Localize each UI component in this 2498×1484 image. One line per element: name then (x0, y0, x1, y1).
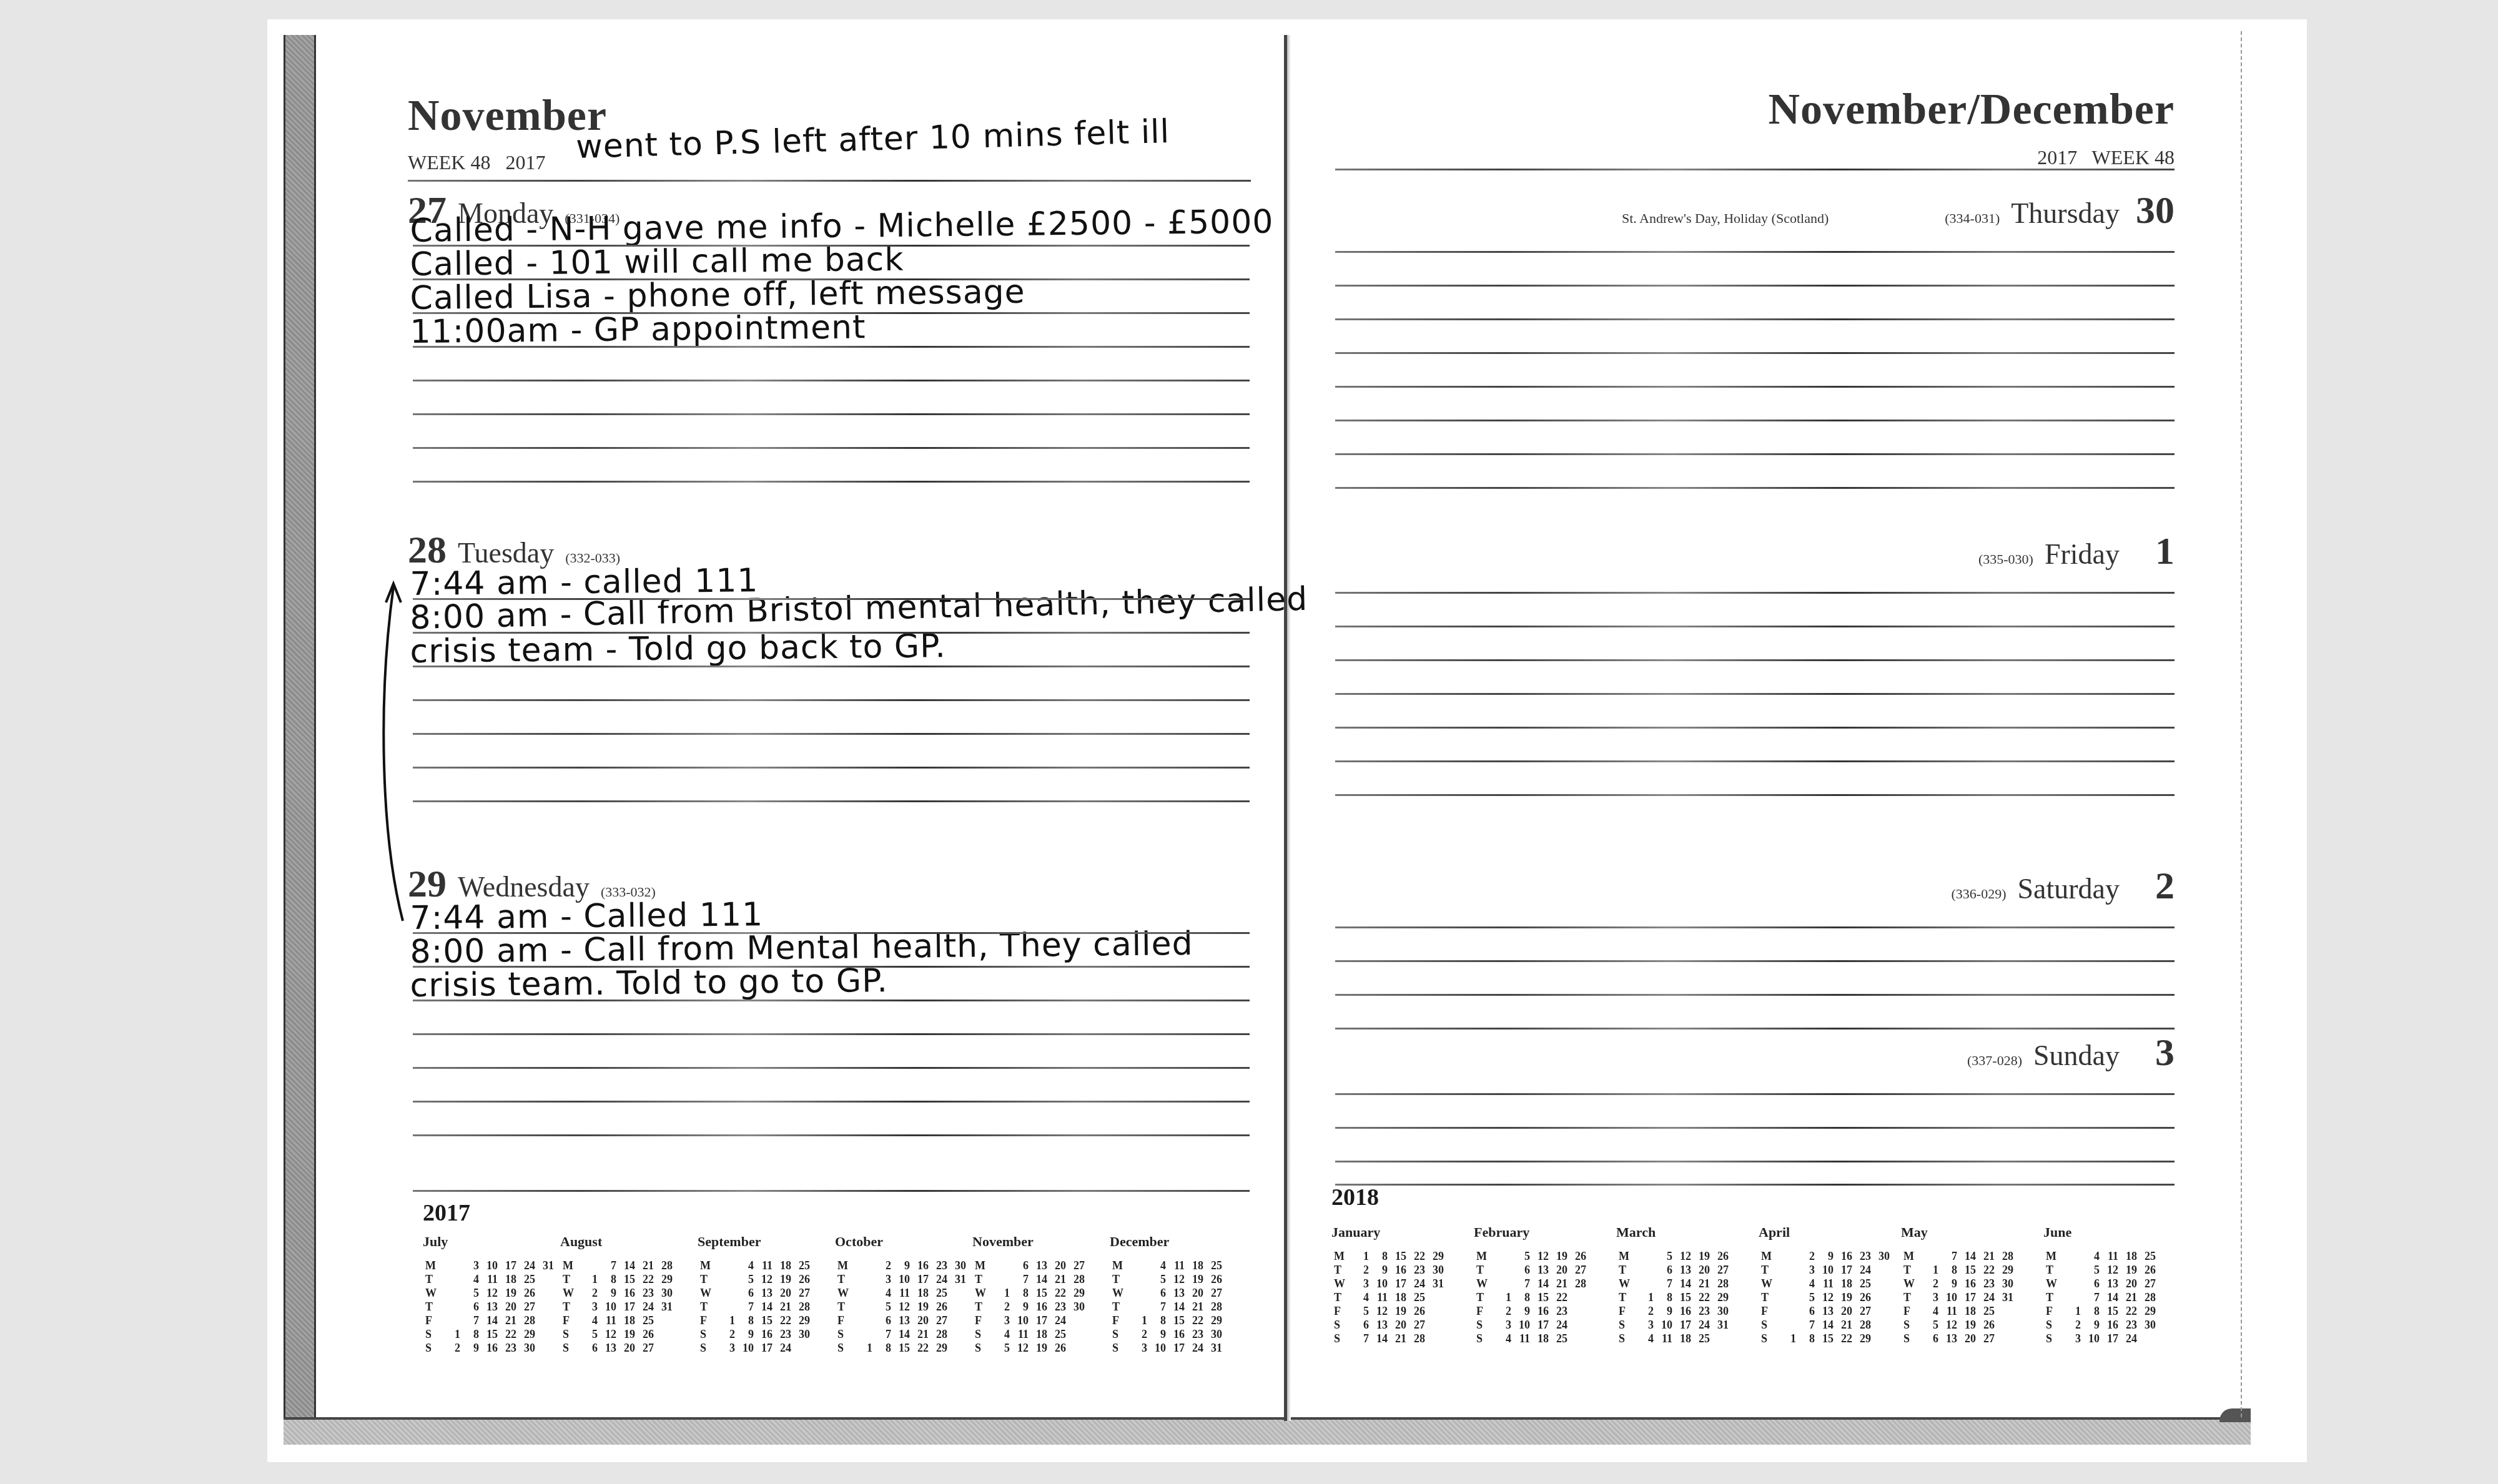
calendar-date: 10 (1941, 1290, 1960, 1304)
holiday-note: St. Andrew's Day, Holiday (Scotland) (1622, 210, 1829, 227)
calendar-grid: M6132027T7142128W18152229T29162330F31017… (972, 1259, 1087, 1355)
calendar-date (856, 1314, 875, 1327)
calendar-date: 18 (1533, 1332, 1551, 1345)
weekday-letter: F (1474, 1304, 1495, 1318)
ruled-line (413, 346, 1250, 348)
ruled-line (1335, 318, 2175, 320)
calendar-date: 29 (1069, 1286, 1087, 1300)
calendar-date: 24 (1409, 1277, 1428, 1290)
calendar-date: 29 (1712, 1290, 1731, 1304)
calendar-date: 1 (1131, 1314, 1150, 1327)
calendar-date (1069, 1341, 1087, 1355)
calendar-date (1874, 1290, 1892, 1304)
calendar-date: 13 (1817, 1304, 1836, 1318)
weekday-letter: S (423, 1341, 444, 1355)
ruled-line (413, 447, 1250, 449)
calendar-date (538, 1272, 556, 1286)
calendar-date: 27 (1855, 1304, 1874, 1318)
calendar-date: 22 (775, 1314, 794, 1327)
calendar-date: 19 (1031, 1341, 1050, 1355)
calendar-date: 14 (1371, 1332, 1390, 1345)
calendar-date: 9 (1371, 1263, 1390, 1277)
calendar-month-name: February (1474, 1224, 1589, 1241)
calendar-date: 17 (1168, 1341, 1187, 1355)
calendar-date: 7 (1514, 1277, 1533, 1290)
calendar-date (856, 1259, 875, 1272)
calendar-date: 15 (619, 1272, 638, 1286)
calendar-date (1069, 1327, 1087, 1341)
calendar-date: 17 (1675, 1318, 1694, 1332)
calendar-date: 9 (1012, 1300, 1031, 1314)
ruled-line (413, 1134, 1250, 1136)
ruled-line (1335, 453, 2175, 455)
calendar-date: 12 (2102, 1263, 2121, 1277)
calendar-date: 22 (500, 1327, 519, 1341)
calendar-date (538, 1286, 556, 1300)
weekday-letter: S (1474, 1318, 1495, 1332)
weekday-letter: T (560, 1272, 581, 1286)
calendar-date: 15 (2102, 1304, 2121, 1318)
calendar-date: 19 (1960, 1318, 1978, 1332)
ruled-line (1335, 1127, 2175, 1129)
right-page: November/December 2017 WEEK 48 St. Andre… (1335, 35, 2175, 1408)
calendar-date: 4 (463, 1272, 481, 1286)
mini-calendar-month: OctoberM29162330T310172431W4111825T51219… (835, 1234, 969, 1355)
calendar-date: 17 (1031, 1314, 1050, 1327)
ruled-line (1335, 352, 2175, 354)
calendar-date: 28 (519, 1314, 538, 1327)
calendar-date: 4 (1353, 1290, 1371, 1304)
calendar-date: 3 (1922, 1290, 1941, 1304)
day-number: 1 (2131, 529, 2175, 574)
calendar-date: 9 (894, 1259, 912, 1272)
weekday-letter: W (1110, 1286, 1131, 1300)
calendar-date: 12 (1941, 1318, 1960, 1332)
calendar-date (950, 1300, 969, 1314)
weekday-letter: T (1331, 1290, 1353, 1304)
calendar-date: 2 (2065, 1318, 2083, 1332)
calendar-date: 9 (600, 1286, 619, 1300)
weekday-letter: T (1110, 1300, 1131, 1314)
calendar-date: 20 (2121, 1277, 2140, 1290)
handwritten-entry: crisis team - Told go back to GP. (410, 627, 946, 671)
weekday-letter: T (423, 1300, 444, 1314)
calendar-date: 5 (994, 1341, 1012, 1355)
calendar-date (1131, 1272, 1150, 1286)
calendar-date: 25 (1855, 1277, 1874, 1290)
calendar-date: 2 (1922, 1277, 1941, 1290)
calendar-date: 2 (1495, 1304, 1514, 1318)
calendar-date: 12 (1168, 1272, 1187, 1286)
calendar-date: 8 (1799, 1332, 1817, 1345)
calendar-date: 23 (1551, 1304, 1570, 1318)
calendar-date: 17 (1533, 1318, 1551, 1332)
calendar-date (1570, 1318, 1589, 1332)
day-name: Sunday (2033, 1039, 2120, 1072)
weekday-letter: S (1901, 1318, 1922, 1332)
calendar-date: 8 (463, 1327, 481, 1341)
calendar-date: 4 (875, 1286, 894, 1300)
handwritten-entry: crisis team. Told to go to GP. (410, 962, 888, 1005)
calendar-date: 7 (1012, 1272, 1031, 1286)
calendar-date: 11 (1168, 1259, 1187, 1272)
calendar-date: 14 (2102, 1290, 2121, 1304)
calendar-date: 4 (2083, 1249, 2102, 1263)
calendar-date: 25 (931, 1286, 950, 1300)
weekday-letter: T (2043, 1290, 2065, 1304)
calendar-date: 23 (1694, 1304, 1712, 1318)
calendar-date: 10 (1371, 1277, 1390, 1290)
weekday-letter: T (560, 1300, 581, 1314)
calendar-date: 23 (1855, 1249, 1874, 1263)
calendar-date: 26 (931, 1300, 950, 1314)
ruled-line (1335, 251, 2175, 253)
ruled-line (413, 1033, 1250, 1035)
calendar-date (1131, 1259, 1150, 1272)
calendar-date: 27 (1978, 1332, 1997, 1345)
calendar-date: 25 (1694, 1332, 1712, 1345)
weekday-letter: M (1901, 1249, 1922, 1263)
mini-calendar-month: AprilM29162330T3101724W4111825T5121926F6… (1759, 1224, 1892, 1345)
calendar-date: 3 (463, 1259, 481, 1272)
calendar-date: 13 (894, 1314, 912, 1327)
calendar-date: 29 (1997, 1263, 2016, 1277)
calendar-date: 16 (1960, 1277, 1978, 1290)
calendar-date: 20 (1694, 1263, 1712, 1277)
calendar-date (1428, 1318, 1446, 1332)
calendar-date: 29 (1855, 1332, 1874, 1345)
calendar-date (719, 1272, 738, 1286)
calendar-date: 22 (1836, 1332, 1855, 1345)
weekday-letter: M (1331, 1249, 1353, 1263)
calendar-date: 23 (1187, 1327, 1206, 1341)
calendar-date: 16 (1168, 1327, 1187, 1341)
weekday-letter: T (698, 1272, 719, 1286)
weekday-letter: M (1616, 1249, 1637, 1263)
calendar-date: 8 (1150, 1314, 1168, 1327)
calendar-date: 16 (619, 1286, 638, 1300)
calendar-date: 13 (1371, 1318, 1390, 1332)
calendar-date (1428, 1332, 1446, 1345)
weekday-letter: T (1901, 1263, 1922, 1277)
weekday-letter: S (1110, 1327, 1131, 1341)
calendar-date: 26 (638, 1327, 656, 1341)
calendar-date: 2 (1131, 1327, 1150, 1341)
calendar-date: 30 (1712, 1304, 1731, 1318)
calendar-date: 26 (1206, 1272, 1225, 1286)
calendar-date (2140, 1332, 2158, 1345)
day-number: 30 (2131, 189, 2175, 233)
calendar-date: 18 (1675, 1332, 1694, 1345)
calendar-date: 16 (1390, 1263, 1409, 1277)
calendar-date: 5 (1150, 1272, 1168, 1286)
ruled-line (1335, 926, 2175, 928)
calendar-date: 19 (1694, 1249, 1712, 1263)
calendar-date (1131, 1300, 1150, 1314)
weekday-letter: M (2043, 1249, 2065, 1263)
weekday-letter: T (1110, 1272, 1131, 1286)
calendar-month-name: July (423, 1234, 556, 1250)
calendar-date (1069, 1314, 1087, 1327)
weekday-letter: M (835, 1259, 856, 1272)
ruled-line (1335, 1028, 2175, 1029)
weekday-letter: F (1110, 1314, 1131, 1327)
calendar-date: 28 (1855, 1318, 1874, 1332)
calendar-date: 11 (1817, 1277, 1836, 1290)
weekday-letter: S (560, 1327, 581, 1341)
calendar-grid: M7142128T18152229W29162330T310172431F411… (1901, 1249, 2016, 1345)
calendar-year-label: 2017 (423, 1199, 470, 1227)
calendar-date: 19 (775, 1272, 794, 1286)
calendar-date: 18 (1031, 1327, 1050, 1341)
weekday-letter: W (1331, 1277, 1353, 1290)
calendar-date: 16 (756, 1327, 775, 1341)
calendar-date: 18 (1390, 1290, 1409, 1304)
calendar-date (538, 1300, 556, 1314)
calendar-month-name: March (1616, 1224, 1731, 1241)
calendar-date (444, 1300, 463, 1314)
calendar-date: 31 (1997, 1290, 2016, 1304)
calendar-date: 13 (1533, 1263, 1551, 1277)
ruled-line (413, 245, 1250, 247)
calendar-month-name: April (1759, 1224, 1892, 1241)
calendar-date (1780, 1318, 1799, 1332)
calendar-date: 24 (2121, 1332, 2140, 1345)
calendar-date (856, 1272, 875, 1286)
calendar-date: 4 (1922, 1304, 1941, 1318)
calendar-date: 26 (1050, 1341, 1069, 1355)
calendar-month-name: December (1110, 1234, 1225, 1250)
calendar-date: 16 (1533, 1304, 1551, 1318)
calendar-date: 27 (638, 1341, 656, 1355)
ruled-line (413, 1000, 1250, 1001)
calendar-date: 19 (500, 1286, 519, 1300)
calendar-date: 10 (2083, 1332, 2102, 1345)
calendar-date: 29 (2140, 1304, 2158, 1318)
calendar-date (1997, 1304, 2016, 1318)
calendar-date (1428, 1304, 1446, 1318)
calendar-date: 11 (600, 1314, 619, 1327)
calendar-month-name: November (972, 1234, 1087, 1250)
calendar-date (1495, 1277, 1514, 1290)
calendar-date: 10 (481, 1259, 500, 1272)
calendar-date (2065, 1263, 2083, 1277)
ruled-line (413, 1190, 1250, 1192)
calendar-date: 12 (600, 1327, 619, 1341)
calendar-date: 20 (1960, 1332, 1978, 1345)
calendar-date: 20 (912, 1314, 931, 1327)
calendar-date: 14 (894, 1327, 912, 1341)
calendar-date (1874, 1263, 1892, 1277)
weekday-letter: S (835, 1327, 856, 1341)
ruled-line (413, 966, 1250, 968)
day-number: 2 (2131, 864, 2175, 908)
day-header: (336-029)Saturday2 (1952, 864, 2175, 908)
weekday-letter: W (560, 1286, 581, 1300)
calendar-date: 3 (1353, 1277, 1371, 1290)
left-page: November WEEK 48 2017 went to P.S left a… (408, 35, 1251, 1408)
calendar-month-name: October (835, 1234, 969, 1250)
year-week-label: 2017 WEEK 48 (2037, 146, 2175, 169)
calendar-date: 8 (1941, 1263, 1960, 1277)
calendar-date: 16 (1675, 1304, 1694, 1318)
calendar-date: 20 (775, 1286, 794, 1300)
diary-bottom-edge (284, 1417, 2251, 1445)
weekday-letter: S (698, 1341, 719, 1355)
calendar-date (656, 1314, 675, 1327)
calendar-date: 8 (1514, 1290, 1533, 1304)
calendar-date: 28 (931, 1327, 950, 1341)
calendar-date: 11 (1656, 1332, 1675, 1345)
calendar-date: 11 (894, 1286, 912, 1300)
calendar-date (538, 1341, 556, 1355)
calendar-date: 19 (1836, 1290, 1855, 1304)
calendar-date: 17 (1836, 1263, 1855, 1277)
weekday-letter: F (1331, 1304, 1353, 1318)
calendar-date: 10 (1656, 1318, 1675, 1332)
calendar-date (444, 1272, 463, 1286)
weekday-letter: M (1474, 1249, 1495, 1263)
calendar-date: 3 (994, 1314, 1012, 1327)
day-number: 3 (2131, 1031, 2175, 1075)
day-name: Friday (2045, 538, 2120, 571)
calendar-date: 25 (794, 1259, 812, 1272)
calendar-date: 5 (875, 1300, 894, 1314)
calendar-date: 25 (1978, 1304, 1997, 1318)
week-label: WEEK 48 (408, 151, 490, 174)
calendar-date (794, 1341, 812, 1355)
calendar-date (1428, 1290, 1446, 1304)
calendar-date: 18 (1960, 1304, 1978, 1318)
handwritten-arrow-icon (375, 574, 412, 924)
calendar-date: 14 (1960, 1249, 1978, 1263)
calendar-date: 24 (1551, 1318, 1570, 1332)
calendar-date: 16 (2102, 1318, 2121, 1332)
calendar-date: 19 (1390, 1304, 1409, 1318)
calendar-date: 10 (1150, 1341, 1168, 1355)
calendar-date: 22 (1187, 1314, 1206, 1327)
calendar-date: 1 (719, 1314, 738, 1327)
calendar-date: 8 (600, 1272, 619, 1286)
calendar-date: 6 (1514, 1263, 1533, 1277)
year-label: 2017 (505, 151, 545, 174)
weekday-letter: W (1474, 1277, 1495, 1290)
calendar-date: 7 (463, 1314, 481, 1327)
ruled-line (1335, 760, 2175, 762)
calendar-date: 30 (950, 1259, 969, 1272)
calendar-date: 22 (1978, 1263, 1997, 1277)
calendar-date: 7 (1150, 1300, 1168, 1314)
day-header: (337-028)Sunday3 (1967, 1031, 2175, 1075)
calendar-date: 4 (994, 1327, 1012, 1341)
calendar-date: 25 (638, 1314, 656, 1327)
calendar-date: 3 (875, 1272, 894, 1286)
calendar-date: 2 (444, 1341, 463, 1355)
calendar-date: 8 (2083, 1304, 2102, 1318)
calendar-date: 21 (638, 1259, 656, 1272)
calendar-month-name: January (1331, 1224, 1446, 1241)
calendar-date: 17 (1390, 1277, 1409, 1290)
mini-calendar-month: SeptemberM4111825T5121926W6132027T714212… (698, 1234, 812, 1355)
weekday-letter: T (1759, 1290, 1780, 1304)
calendar-date: 21 (500, 1314, 519, 1327)
calendar-date: 21 (775, 1300, 794, 1314)
calendar-date: 5 (581, 1327, 600, 1341)
calendar-date: 31 (950, 1272, 969, 1286)
calendar-date: 9 (1150, 1327, 1168, 1341)
weekday-letter: T (1474, 1290, 1495, 1304)
calendar-grid: M5121926T6132027W7142128T18152229F291623… (1616, 1249, 1731, 1345)
weekday-letter: T (1616, 1263, 1637, 1277)
weekday-letter: T (1474, 1263, 1495, 1277)
weekday-letter: S (1759, 1318, 1780, 1332)
calendar-date: 17 (500, 1259, 519, 1272)
calendar-date: 8 (1371, 1249, 1390, 1263)
calendar-date: 2 (719, 1327, 738, 1341)
calendar-date: 24 (1050, 1314, 1069, 1327)
calendar-date: 6 (1922, 1332, 1941, 1345)
calendar-date: 27 (1570, 1263, 1589, 1277)
ruled-line (1335, 626, 2175, 627)
calendar-date (994, 1259, 1012, 1272)
calendar-date: 26 (1570, 1249, 1589, 1263)
calendar-date: 5 (2083, 1263, 2102, 1277)
calendar-date: 21 (1390, 1332, 1409, 1345)
weekday-letter: W (835, 1286, 856, 1300)
calendar-date: 18 (500, 1272, 519, 1286)
diary-binding-edge (284, 35, 316, 1418)
calendar-date (856, 1300, 875, 1314)
calendar-date: 6 (1150, 1286, 1168, 1300)
calendar-grid: M7142128T18152229W29162330T310172431F411… (560, 1259, 675, 1355)
weekday-letter: S (972, 1341, 994, 1355)
calendar-date: 4 (738, 1259, 756, 1272)
calendar-date (656, 1341, 675, 1355)
calendar-date: 21 (1050, 1272, 1069, 1286)
weekday-letter: W (2043, 1277, 2065, 1290)
calendar-date: 22 (638, 1272, 656, 1286)
weekday-letter: S (423, 1327, 444, 1341)
calendar-date: 22 (1551, 1290, 1570, 1304)
calendar-date (1874, 1318, 1892, 1332)
calendar-date (719, 1300, 738, 1314)
calendar-grid: M4111825T5121926W6132027T7142128F1815222… (2043, 1249, 2158, 1345)
calendar-date: 17 (912, 1272, 931, 1286)
calendar-date: 1 (1495, 1290, 1514, 1304)
calendar-date: 29 (931, 1341, 950, 1355)
calendar-date: 6 (1656, 1263, 1675, 1277)
calendar-date (1570, 1332, 1589, 1345)
calendar-date: 22 (1694, 1290, 1712, 1304)
calendar-date: 6 (1012, 1259, 1031, 1272)
mini-calendar-month: AugustM7142128T18152229W29162330T3101724… (560, 1234, 675, 1355)
calendar-date: 25 (1551, 1332, 1570, 1345)
calendar-date: 11 (481, 1272, 500, 1286)
weekday-letter: S (2043, 1332, 2065, 1345)
weekday-letter: T (698, 1300, 719, 1314)
day-of-year-index: (336-029) (1952, 886, 2007, 902)
calendar-date: 31 (1428, 1277, 1446, 1290)
ruled-line (1335, 693, 2175, 695)
calendar-date: 31 (1206, 1341, 1225, 1355)
calendar-date (1780, 1249, 1799, 1263)
calendar-date: 26 (1855, 1290, 1874, 1304)
calendar-date: 12 (1533, 1249, 1551, 1263)
calendar-date: 1 (444, 1327, 463, 1341)
calendar-date: 30 (656, 1286, 675, 1300)
calendar-date (1780, 1277, 1799, 1290)
calendar-date: 18 (619, 1314, 638, 1327)
